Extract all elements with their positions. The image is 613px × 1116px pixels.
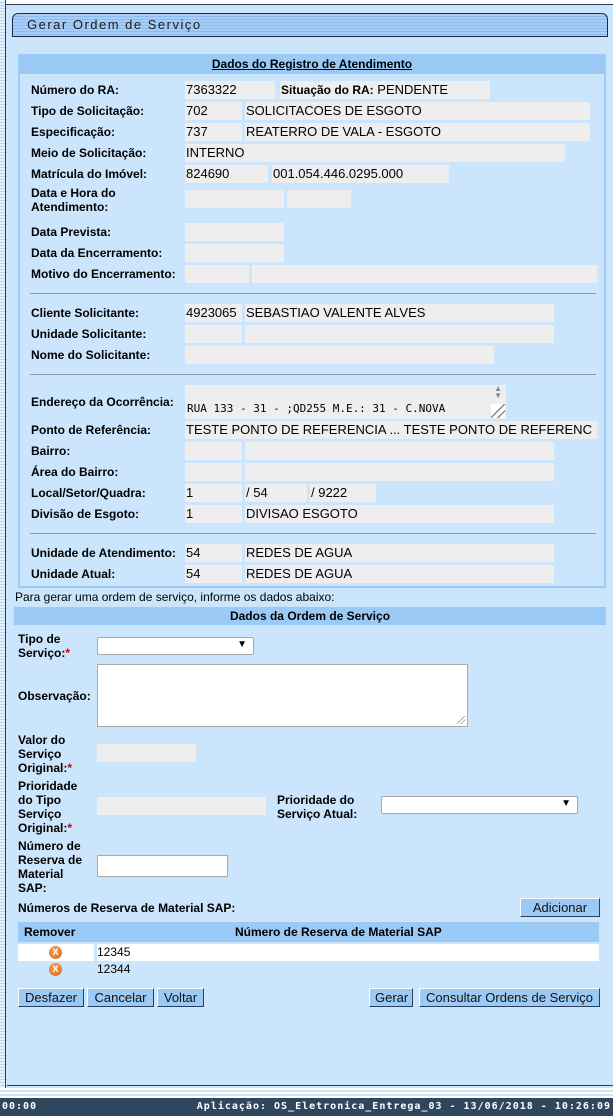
bairro-desc [245,442,554,460]
reserva-number: 12345 [97,944,130,961]
data-prevista-label: Data Prevista: [31,225,111,239]
unidade-atual-desc: REDES DE AGUA [245,565,554,583]
data-encerramento-field [185,244,284,262]
tipo-solicitacao-label: Tipo de Solicitação: [31,104,144,118]
meio-solicitacao-field: INTERNO [185,144,565,162]
endereco-value: RUA 133 - 31 - ;QD255 M.E.: 31 - C.NOVA [187,400,445,418]
ponto-referencia-label: Ponto de Referência: [31,423,151,437]
page-title: Gerar Ordem de Serviço [12,13,608,37]
data-encerramento-label: Data da Encerramento: [31,246,162,260]
col-numero-reserva: Número de Reserva de Material SAP [235,922,442,942]
reserva-material-input[interactable] [97,855,228,877]
prioridade-tipo-label: Prioridade do Tipo Serviço Original:* [18,779,77,835]
status-app-info: Aplicação: OS_Eletronica_Entrega_03 - 13… [197,1098,611,1116]
divisao-esgoto-label: Divisão de Esgoto: [31,507,139,521]
local-field: 1 [185,484,242,502]
valor-servico-label: Valor do Serviço Original:* [18,733,72,775]
remove-icon[interactable]: X [49,946,62,959]
remove-icon[interactable]: X [49,963,62,976]
table-row: X 12344 [18,961,599,978]
quadra-field: / 9222 [310,484,376,502]
especificacao-desc: REATERRO DE VALA - ESGOTO [245,123,590,141]
area-bairro-code [185,463,242,481]
inscricao-field: 001.054.446.0295.000 [272,165,449,183]
resize-grip-icon[interactable] [491,404,505,418]
unidade-atual-code: 54 [185,565,242,583]
situacao-ra-label: Situação do RA: [281,83,374,97]
local-setor-quadra-label: Local/Setor/Quadra: [31,486,146,500]
resize-grip-icon[interactable] [457,716,465,724]
especificacao-label: Especificação: [31,125,115,139]
matricula-label: Matrícula do Imóvel: [31,167,147,181]
chevron-down-icon: ▼ [237,639,247,650]
instruction-text: Para gerar uma ordem de serviço, informe… [15,590,335,604]
motivo-encerramento-label: Motivo do Encerramento: [31,267,176,281]
especificacao-code: 737 [185,123,242,141]
ra-panel-header: Dados do Registro de Atendimento [20,56,604,74]
hora-atendimento-field [287,190,351,208]
prioridade-tipo-field [97,797,266,815]
tipo-servico-select[interactable]: ▼ [97,637,254,655]
area-bairro-label: Área do Bairro: [31,465,118,479]
chevron-down-icon: ▼ [561,798,571,809]
cancelar-button[interactable]: Cancelar [87,988,154,1007]
prioridade-atual-label: Prioridade do Serviço Atual: [277,793,357,821]
data-hora-atendimento-label: Data e Hora do Atendimento: [31,186,116,214]
divisao-code: 1 [185,505,242,523]
col-remover: Remover [24,922,75,942]
data-prevista-field [185,223,284,241]
bairro-label: Bairro: [31,444,70,458]
status-bar: 00:00 Aplicação: OS_Eletronica_Entrega_0… [0,1098,613,1116]
consultar-os-button[interactable]: Consultar Ordens de Serviço [419,988,600,1007]
unidade-atual-label: Unidade Atual: [31,567,115,581]
nome-solicitante-field [185,346,494,364]
situacao-ra-value: PENDENTE [377,82,448,97]
status-time: 00:00 [2,1098,37,1116]
unidade-atendimento-desc: REDES DE AGUA [245,544,554,562]
unidade-atendimento-code: 54 [185,544,242,562]
bairro-code [185,442,242,460]
tipo-servico-label: Tipo de Serviço:* [18,632,70,660]
situacao-ra-field: Situação do RA: PENDENTE [280,81,490,99]
os-panel-header: Dados da Ordem de Serviço [14,607,606,625]
observacao-label: Observação: [18,689,91,703]
unidade-solicitante-code [185,325,242,343]
cliente-solicitante-label: Cliente Solicitante: [31,306,139,320]
setor-field: / 54 [245,484,307,502]
reserva-material-label: Número de Reserva de Material SAP: [18,839,82,895]
cliente-nome: SEBASTIAO VALENTE ALVES [245,304,554,322]
unidade-solicitante-label: Unidade Solicitante: [31,327,146,341]
numero-ra-label: Número do RA: [31,83,119,97]
section-divider [30,374,596,375]
unidade-solicitante-desc [245,325,554,343]
ra-data-panel: Dados do Registro de Atendimento Número … [18,54,606,588]
unidade-atendimento-label: Unidade de Atendimento: [31,546,176,560]
gerar-button[interactable]: Gerar [369,988,413,1007]
prioridade-atual-select[interactable]: ▼ [381,796,578,814]
nome-solicitante-label: Nome do Solicitante: [31,348,150,362]
voltar-button[interactable]: Voltar [157,988,204,1007]
meio-solicitacao-label: Meio de Solicitação: [31,146,146,160]
scroll-arrows-icon[interactable]: ▲▼ [494,385,502,399]
matricula-field: 824690 [185,165,268,183]
section-divider [30,293,596,294]
motivo-encerramento-desc [252,265,597,283]
table-row: X 12345 [18,944,599,961]
tipo-solicitacao-code: 702 [185,102,242,120]
valor-servico-field [97,744,196,762]
reservas-table-header: Remover Número de Reserva de Material SA… [18,922,599,942]
bottom-frame-border [0,1088,613,1098]
ponto-referencia-field: TESTE PONTO DE REFERENCIA ... TESTE PONT… [185,421,597,439]
top-frame-border [6,0,613,5]
adicionar-button[interactable]: Adicionar [520,898,600,917]
reservas-list-label: Números de Reserva de Material SAP: [18,901,235,915]
desfazer-button[interactable]: Desfazer [18,988,84,1007]
cliente-code: 4923065 [185,304,242,322]
reserva-number: 12344 [97,961,130,978]
section-divider [30,533,596,534]
tipo-solicitacao-desc: SOLICITACOES DE ESGOTO [245,102,590,120]
divisao-desc: DIVISAO ESGOTO [245,505,554,523]
area-bairro-desc [245,463,554,481]
endereco-textarea[interactable]: RUA 133 - 31 - ;QD255 M.E.: 31 - C.NOVA … [185,385,506,419]
motivo-encerramento-code [185,265,249,283]
observacao-textarea[interactable] [97,664,468,727]
data-atendimento-field [185,190,284,208]
numero-ra-field: 7363322 [185,81,275,99]
left-frame-border [0,0,6,1088]
endereco-label: Endereço da Ocorrência: [31,395,174,409]
